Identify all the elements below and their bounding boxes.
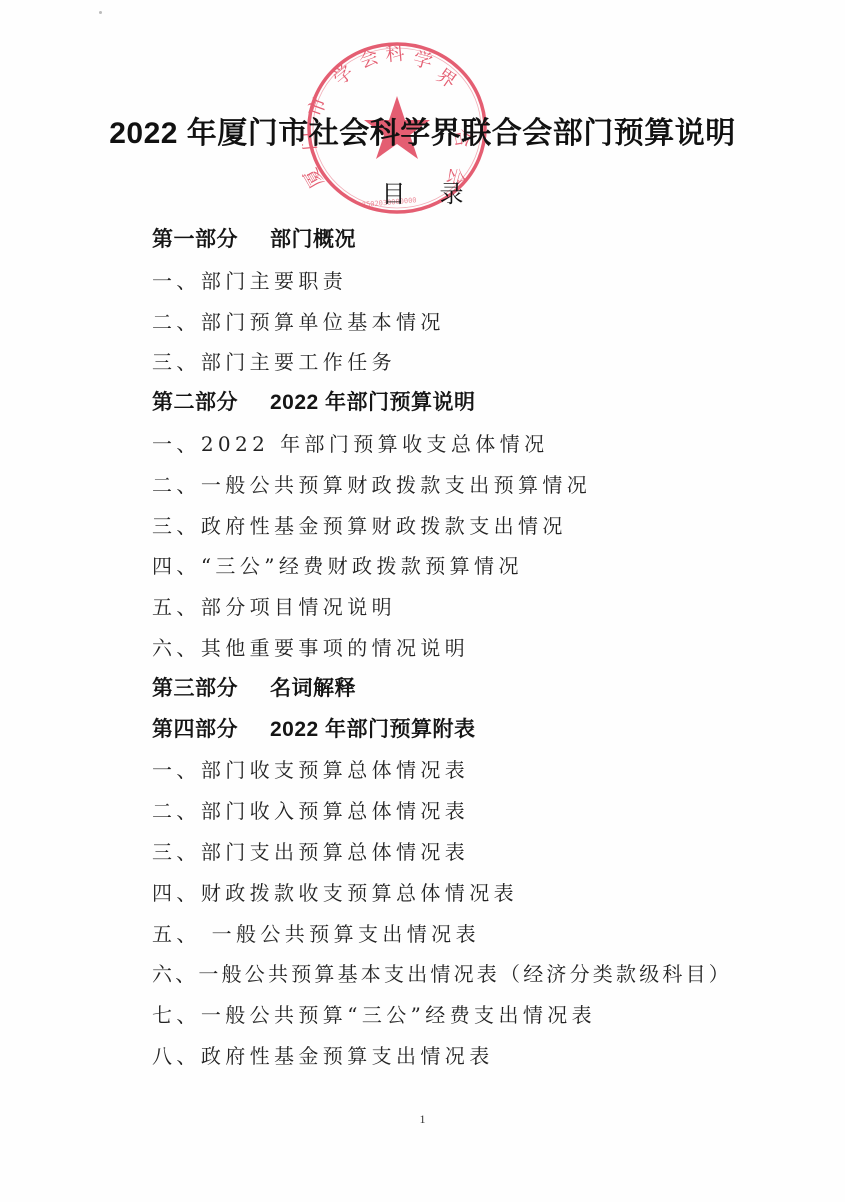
- svg-text:学: 学: [329, 61, 358, 90]
- svg-text:会: 会: [356, 46, 381, 73]
- toc-item[interactable]: 一、部门收支预算总体情况表: [152, 750, 812, 791]
- toc-heading: 目录: [0, 178, 845, 212]
- toc-item[interactable]: 一、2022 年部门预算收支总体情况: [152, 424, 812, 465]
- part-title: 2022 年部门预算说明: [270, 391, 476, 414]
- part-title: 部门概况: [270, 228, 356, 251]
- toc-part-1[interactable]: 第一部分部门概况: [152, 220, 812, 261]
- toc-item[interactable]: 三、政府性基金预算财政拨款支出情况: [152, 506, 812, 547]
- toc-heading-char-1: 目: [382, 181, 406, 208]
- part-label: 第二部分: [152, 383, 270, 424]
- toc-item[interactable]: 八、政府性基金预算支出情况表: [152, 1036, 812, 1077]
- toc-item[interactable]: 六、其他重要事项的情况说明: [152, 628, 812, 669]
- toc-part-3[interactable]: 第三部分名词解释: [152, 669, 812, 710]
- toc-item[interactable]: 六、一般公共预算基本支出情况表（经济分类款级科目）: [152, 954, 812, 995]
- toc-item[interactable]: 五、部分项目情况说明: [152, 587, 812, 628]
- toc-item[interactable]: 二、部门收入预算总体情况表: [152, 791, 812, 832]
- svg-text:科: 科: [385, 42, 406, 66]
- scan-speck: [99, 11, 102, 14]
- toc-item[interactable]: 三、部门支出预算总体情况表: [152, 832, 812, 873]
- toc-item[interactable]: 二、一般公共预算财政拨款支出预算情况: [152, 465, 812, 506]
- toc-part-2[interactable]: 第二部分2022 年部门预算说明: [152, 383, 812, 424]
- document-page: 学 会 科 学 界 市 门 厦 合 会 3502030000000 2022 年…: [0, 0, 845, 1202]
- svg-text:学: 学: [411, 48, 435, 74]
- table-of-contents: 第一部分部门概况 一、部门主要职责 二、部门预算单位基本情况 三、部门主要工作任…: [152, 220, 812, 1077]
- part-title: 2022 年部门预算附表: [270, 718, 476, 741]
- toc-item[interactable]: 四、财政拨款收支预算总体情况表: [152, 873, 812, 914]
- toc-item[interactable]: 二、部门预算单位基本情况: [152, 302, 812, 343]
- toc-item[interactable]: 七、一般公共预算“三公”经费支出情况表: [152, 995, 812, 1036]
- toc-item[interactable]: 一、部门主要职责: [152, 261, 812, 302]
- toc-heading-char-2: 录: [440, 181, 464, 208]
- toc-part-4[interactable]: 第四部分2022 年部门预算附表: [152, 710, 812, 751]
- part-label: 第三部分: [152, 669, 270, 710]
- toc-item[interactable]: 三、部门主要工作任务: [152, 342, 812, 383]
- part-title: 名词解释: [270, 677, 356, 700]
- svg-text:界: 界: [432, 64, 460, 93]
- part-label: 第一部分: [152, 220, 270, 261]
- page-number: 1: [0, 1112, 845, 1127]
- part-label: 第四部分: [152, 710, 270, 751]
- toc-item[interactable]: 四、“三公”经费财政拨款预算情况: [152, 546, 812, 587]
- document-title: 2022 年厦门市社会科学界联合会部门预算说明: [0, 113, 845, 155]
- toc-item[interactable]: 五、 一般公共预算支出情况表: [152, 914, 812, 955]
